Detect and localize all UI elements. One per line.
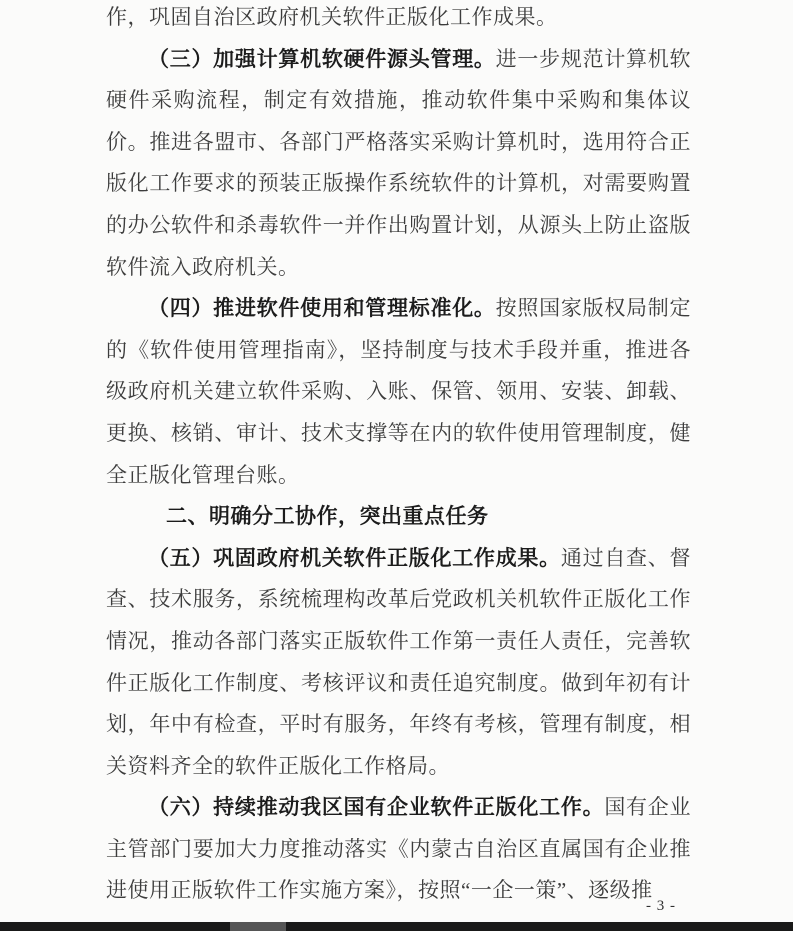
document-page: 作，巩固自治区政府机关软件正版化工作成果。（三）加强计算机软硬件源头管理。进一步… [0, 0, 793, 931]
document-body: 作，巩固自治区政府机关软件正版化工作成果。（三）加强计算机软硬件源头管理。进一步… [106, 0, 691, 912]
paragraph-text: 作，巩固自治区政府机关软件正版化工作成果。 [106, 5, 558, 29]
paragraph: 作，巩固自治区政府机关软件正版化工作成果。 [106, 0, 691, 39]
paragraph: （六）持续推动我区国有企业软件正版化工作。国有企业主管部门要加大力度推动落实《内… [106, 787, 691, 912]
heading-text: 二、明确分工协作，突出重点任务 [166, 505, 489, 528]
paragraph-lead: （四）推进软件使用和管理标准化。 [148, 297, 496, 320]
scan-edge-artifact-highlight [230, 922, 286, 931]
paragraph-lead: （五）巩固政府机关软件正版化工作成果。 [148, 547, 561, 570]
paragraph: （三）加强计算机软硬件源头管理。进一步规范计算机软硬件采购流程，制定有效措施，推… [106, 39, 691, 289]
paragraph-text: 通过自查、督查、技术服务，系统梳理构改革后党政机关机软件正版化工作情况，推动各部… [106, 546, 691, 778]
paragraph-text: 按照国家版权局制定的《软件使用管理指南》，坚持制度与技术手段并重，推进各级政府机… [106, 296, 691, 486]
paragraph-lead: （六）持续推动我区国有企业软件正版化工作。 [148, 796, 604, 819]
page-number: - 3 - [646, 898, 706, 915]
scan-edge-artifact [0, 922, 793, 931]
paragraph: （四）推进软件使用和管理标准化。按照国家版权局制定的《软件使用管理指南》，坚持制… [106, 288, 691, 496]
paragraph: （五）巩固政府机关软件正版化工作成果。通过自查、督查、技术服务，系统梳理构改革后… [106, 538, 691, 788]
paragraph-lead: （三）加强计算机软硬件源头管理。 [148, 48, 496, 71]
section-heading: 二、明确分工协作，突出重点任务 [106, 496, 691, 538]
paragraph-text: 进一步规范计算机软硬件采购流程，制定有效措施，推动软件集中采购和集体议价。推进各… [106, 47, 691, 279]
